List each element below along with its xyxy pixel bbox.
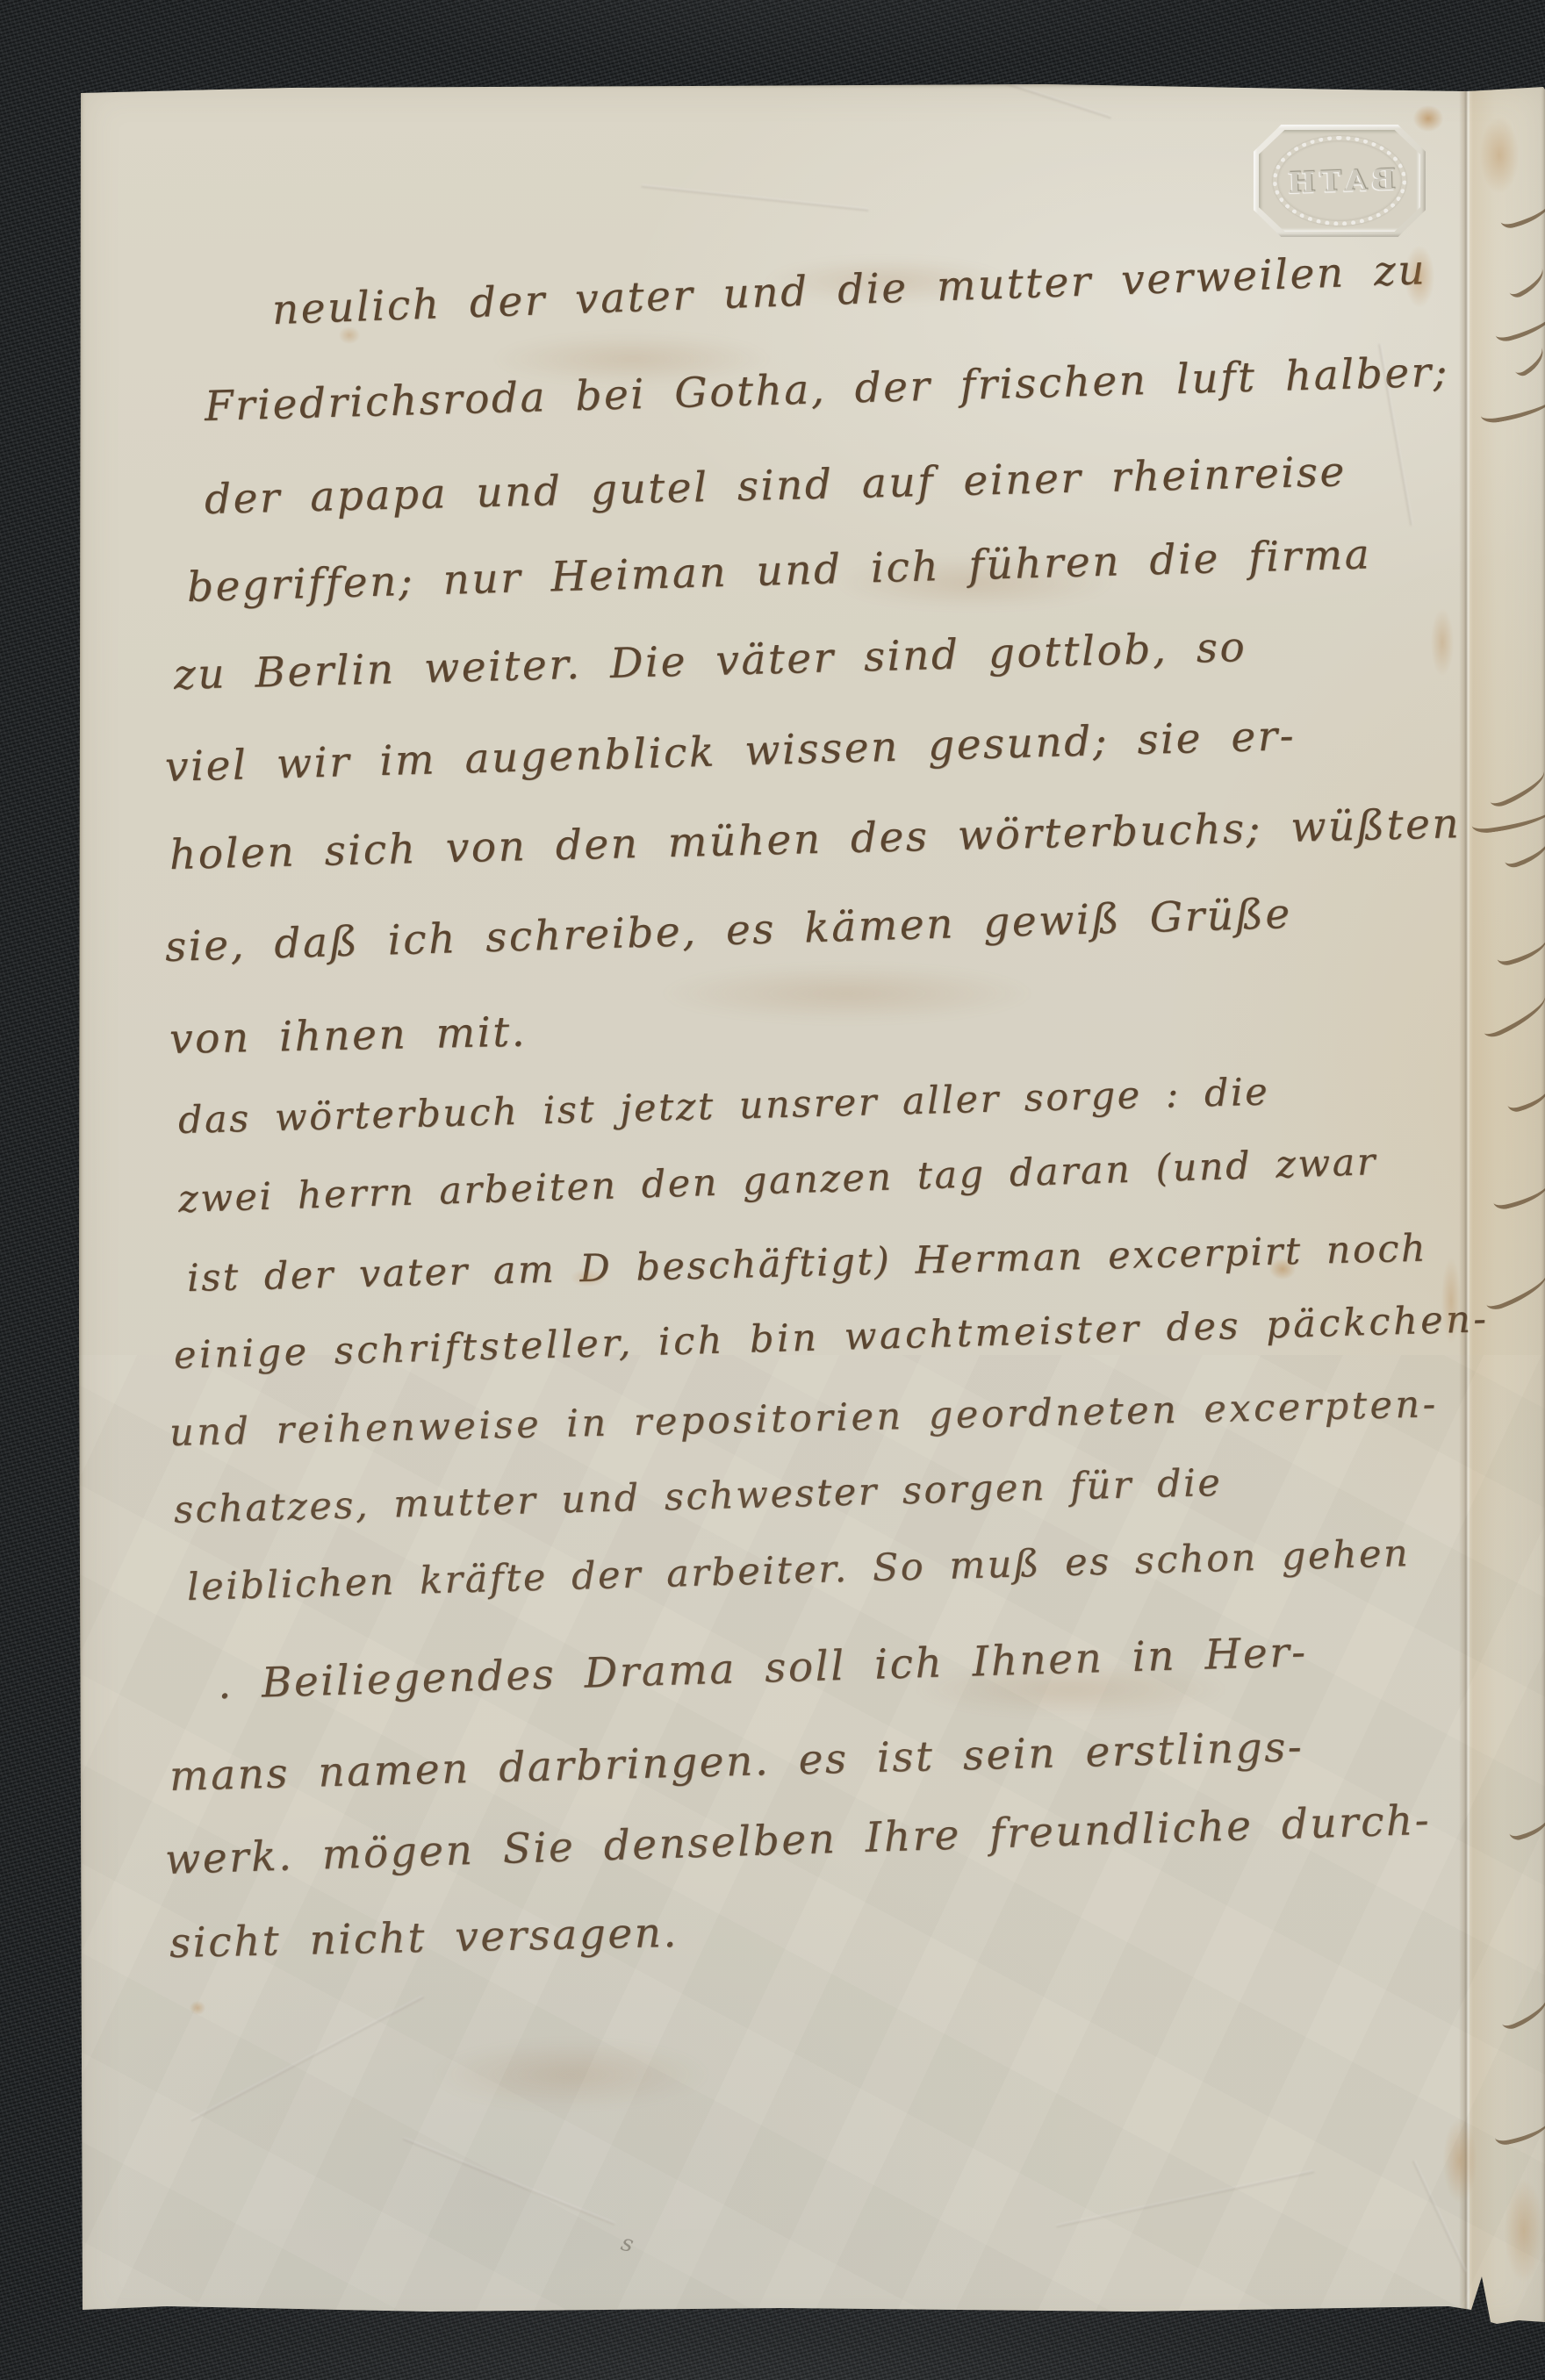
handwritten-line: begriffen; nur Heiman und ich führen die…: [186, 530, 1372, 612]
ink-stroke-mark: [1492, 2116, 1545, 2147]
letter-page: BATH neulich der vater und die mutter ve…: [79, 82, 1545, 2329]
ink-stroke-mark: [1504, 264, 1545, 301]
fold-crease: [1459, 82, 1473, 2329]
ink-stroke-mark: [1505, 1083, 1545, 1115]
crease-mark: [642, 184, 869, 211]
ink-stroke-mark: [1498, 197, 1545, 231]
handwritten-line: werk. mögen Sie denselben Ihre freundlic…: [164, 1796, 1432, 1884]
scanned-letter-photo: { "letter": { "description": "Scanned pa…: [0, 0, 1545, 2380]
ink-stroke-mark: [1506, 1811, 1545, 1842]
ink-stroke-mark: [1485, 767, 1545, 810]
handwritten-line: von ihnen mit.: [169, 1007, 527, 1064]
crease-mark: [1056, 2170, 1314, 2227]
foxing-spot: [1405, 246, 1434, 307]
ink-stroke-mark: [1479, 392, 1545, 426]
foxing-spot: [1443, 2118, 1477, 2203]
handwritten-line: mans namen darbringen. es ist sein erstl…: [169, 1723, 1304, 1801]
handwritten-line: einige schriftsteller, ich bin wachtmeis…: [173, 1297, 1490, 1378]
foxing-spot: [1480, 118, 1519, 193]
ink-stroke-mark: [1498, 1993, 1545, 2032]
crease-mark: [969, 82, 1112, 118]
ink-stroke-mark: [1494, 934, 1545, 968]
handwritten-line: schatzes, mutter und schwester sorgen fü…: [173, 1461, 1222, 1532]
foxing-spot: [1441, 1258, 1461, 1343]
handwritten-line: und reihenweise in repositorien geordnet…: [169, 1382, 1439, 1455]
handwritten-line: sicht nicht versagen.: [169, 1909, 679, 1968]
handwritten-line: Friedrichsroda bei Gotha, der frischen l…: [204, 348, 1449, 431]
foxing-spot: [190, 2001, 205, 2015]
embossed-stamp: BATH: [1254, 125, 1426, 237]
handwritten-line: viel wir im augenblick wissen gesund; si…: [164, 712, 1296, 792]
handwritten-line: zu Berlin weiter. Die väter sind gottlob…: [173, 623, 1247, 699]
ink-stroke-mark: [1479, 993, 1545, 1042]
foxing-spot: [1413, 105, 1443, 132]
ink-stroke-mark: [1492, 308, 1545, 344]
crease-mark: [403, 2137, 615, 2225]
crease-mark: [190, 1996, 424, 2121]
handwritten-line: leiblichen kräfte der arbeiter. So muß e…: [186, 1531, 1410, 1609]
ink-stroke-mark: [1501, 835, 1545, 870]
stamp-text: BATH: [1252, 122, 1427, 240]
showthrough-mark: [658, 964, 1036, 1022]
ink-stroke-mark: [1470, 804, 1545, 835]
handwritten-line: das wörterbuch ist jetzt unsrer aller so…: [177, 1070, 1269, 1143]
ink-stroke-mark: [1482, 1270, 1545, 1314]
pencil-squiggle: s: [618, 2230, 636, 2258]
foxing-spot: [1505, 2180, 1543, 2282]
ink-stroke-mark: [1491, 1178, 1545, 1211]
foxing-spot: [1269, 1258, 1296, 1280]
handwritten-line: der apapa und gutel sind auf einer rhein…: [204, 448, 1347, 524]
handwritten-line: zwei herrn arbeiten den ganzen tag daran…: [177, 1140, 1377, 1222]
foxing-spot: [1431, 609, 1454, 676]
ink-stroke-mark: [1509, 343, 1545, 379]
showthrough-mark: [430, 2039, 711, 2110]
handwritten-line: holen sich von den mühen des wörterbuchs…: [169, 799, 1461, 879]
foxing-spot: [571, 1269, 606, 1287]
foxing-spot: [339, 326, 360, 344]
handwritten-line: ist der vater am D beschäftigt) Herman e…: [186, 1226, 1427, 1301]
handwritten-line: sie, daß ich schreibe, es kämen gewiß Gr…: [164, 890, 1292, 971]
